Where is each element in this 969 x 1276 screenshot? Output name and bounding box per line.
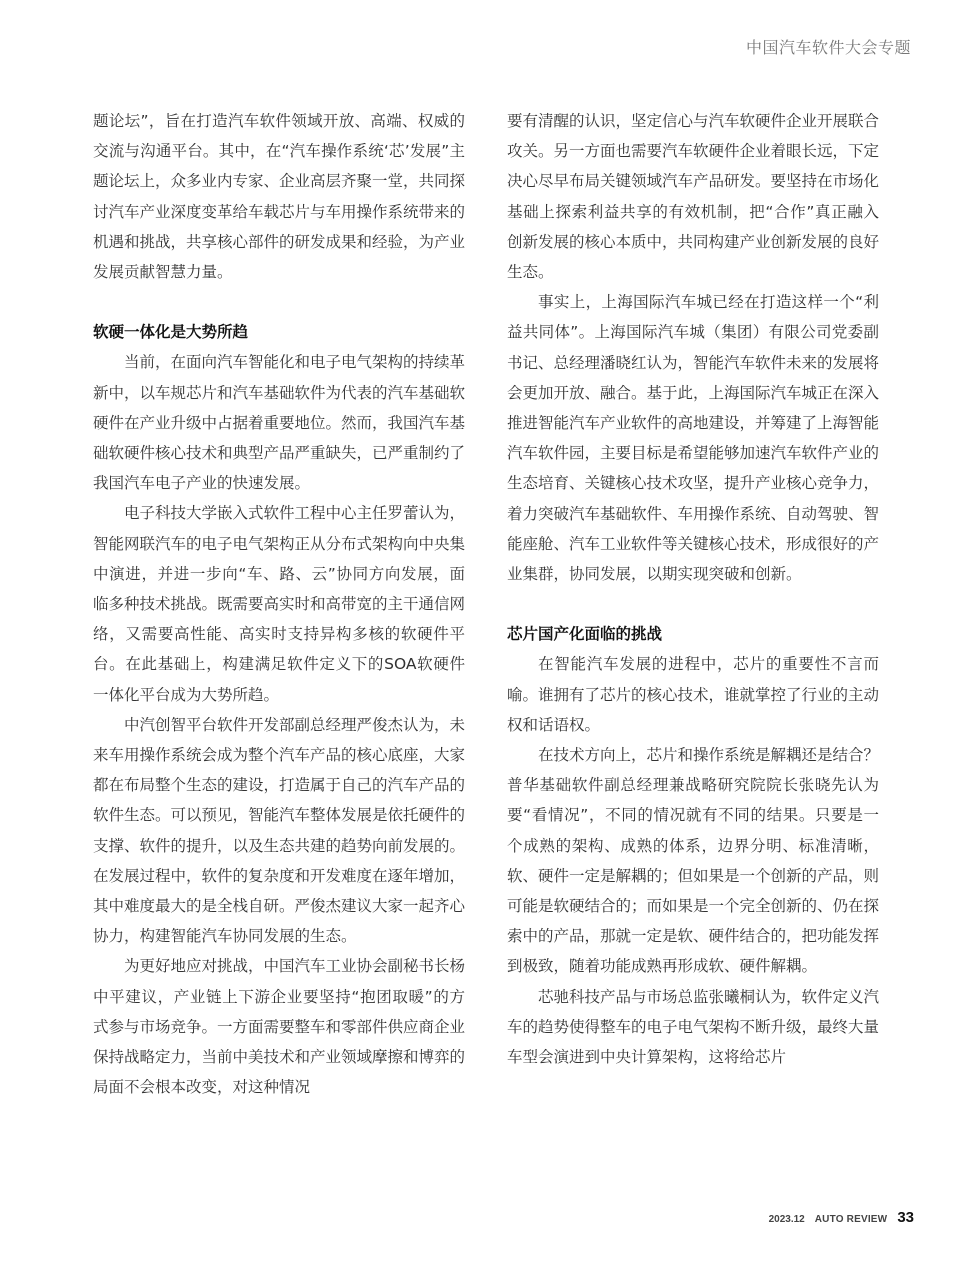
paragraph: 在技术方向上，芯片和操作系统是解耦还是结合？普华基础软件副总经理兼战略研究院院长… [507, 740, 879, 982]
left-column: 题论坛”，旨在打造汽车软件领域开放、高端、权威的交流与沟通平台。其中，在“汽车操… [93, 106, 465, 1103]
section-heading: 芯片国产化面临的挑战 [507, 619, 879, 649]
running-header-title: 中国汽车软件大会专题 [746, 35, 911, 58]
page-number: 33 [897, 1209, 914, 1226]
issue-date: 2023.12 [769, 1214, 805, 1225]
paragraph: 要有清醒的认识，坚定信心与汽车软硬件企业开展联合攻关。另一方面也需要汽车软硬件企… [507, 106, 879, 287]
section-heading: 软硬一体化是大势所趋 [93, 317, 465, 347]
section-spacer [507, 589, 879, 619]
page-footer: 2023.12 AUTO REVIEW 33 [769, 1209, 914, 1226]
paragraph: 在智能汽车发展的进程中，芯片的重要性不言而喻。谁拥有了芯片的核心技术，谁就掌控了… [507, 649, 879, 740]
paragraph: 中汽创智平台软件开发部副总经理严俊杰认为，未来车用操作系统会成为整个汽车产品的核… [93, 710, 465, 952]
magazine-name: AUTO REVIEW [815, 1214, 888, 1225]
right-column: 要有清醒的认识，坚定信心与汽车软硬件企业开展联合攻关。另一方面也需要汽车软硬件企… [507, 106, 879, 1072]
paragraph: 芯驰科技产品与市场总监张曦桐认为，软件定义汽车的趋势使得整车的电子电气架构不断升… [507, 982, 879, 1073]
paragraph: 当前，在面向汽车智能化和电子电气架构的持续革新中，以车规芯片和汽车基础软件为代表… [93, 347, 465, 498]
paragraph: 事实上，上海国际汽车城已经在打造这样一个“利益共同体”。上海国际汽车城（集团）有… [507, 287, 879, 589]
paragraph: 电子科技大学嵌入式软件工程中心主任罗蕾认为，智能网联汽车的电子电气架构正从分布式… [93, 498, 465, 709]
paragraph: 题论坛”，旨在打造汽车软件领域开放、高端、权威的交流与沟通平台。其中，在“汽车操… [93, 106, 465, 287]
section-spacer [93, 287, 465, 317]
paragraph: 为更好地应对挑战，中国汽车工业协会副秘书长杨中平建议，产业链上下游企业要坚持“抱… [93, 951, 465, 1102]
